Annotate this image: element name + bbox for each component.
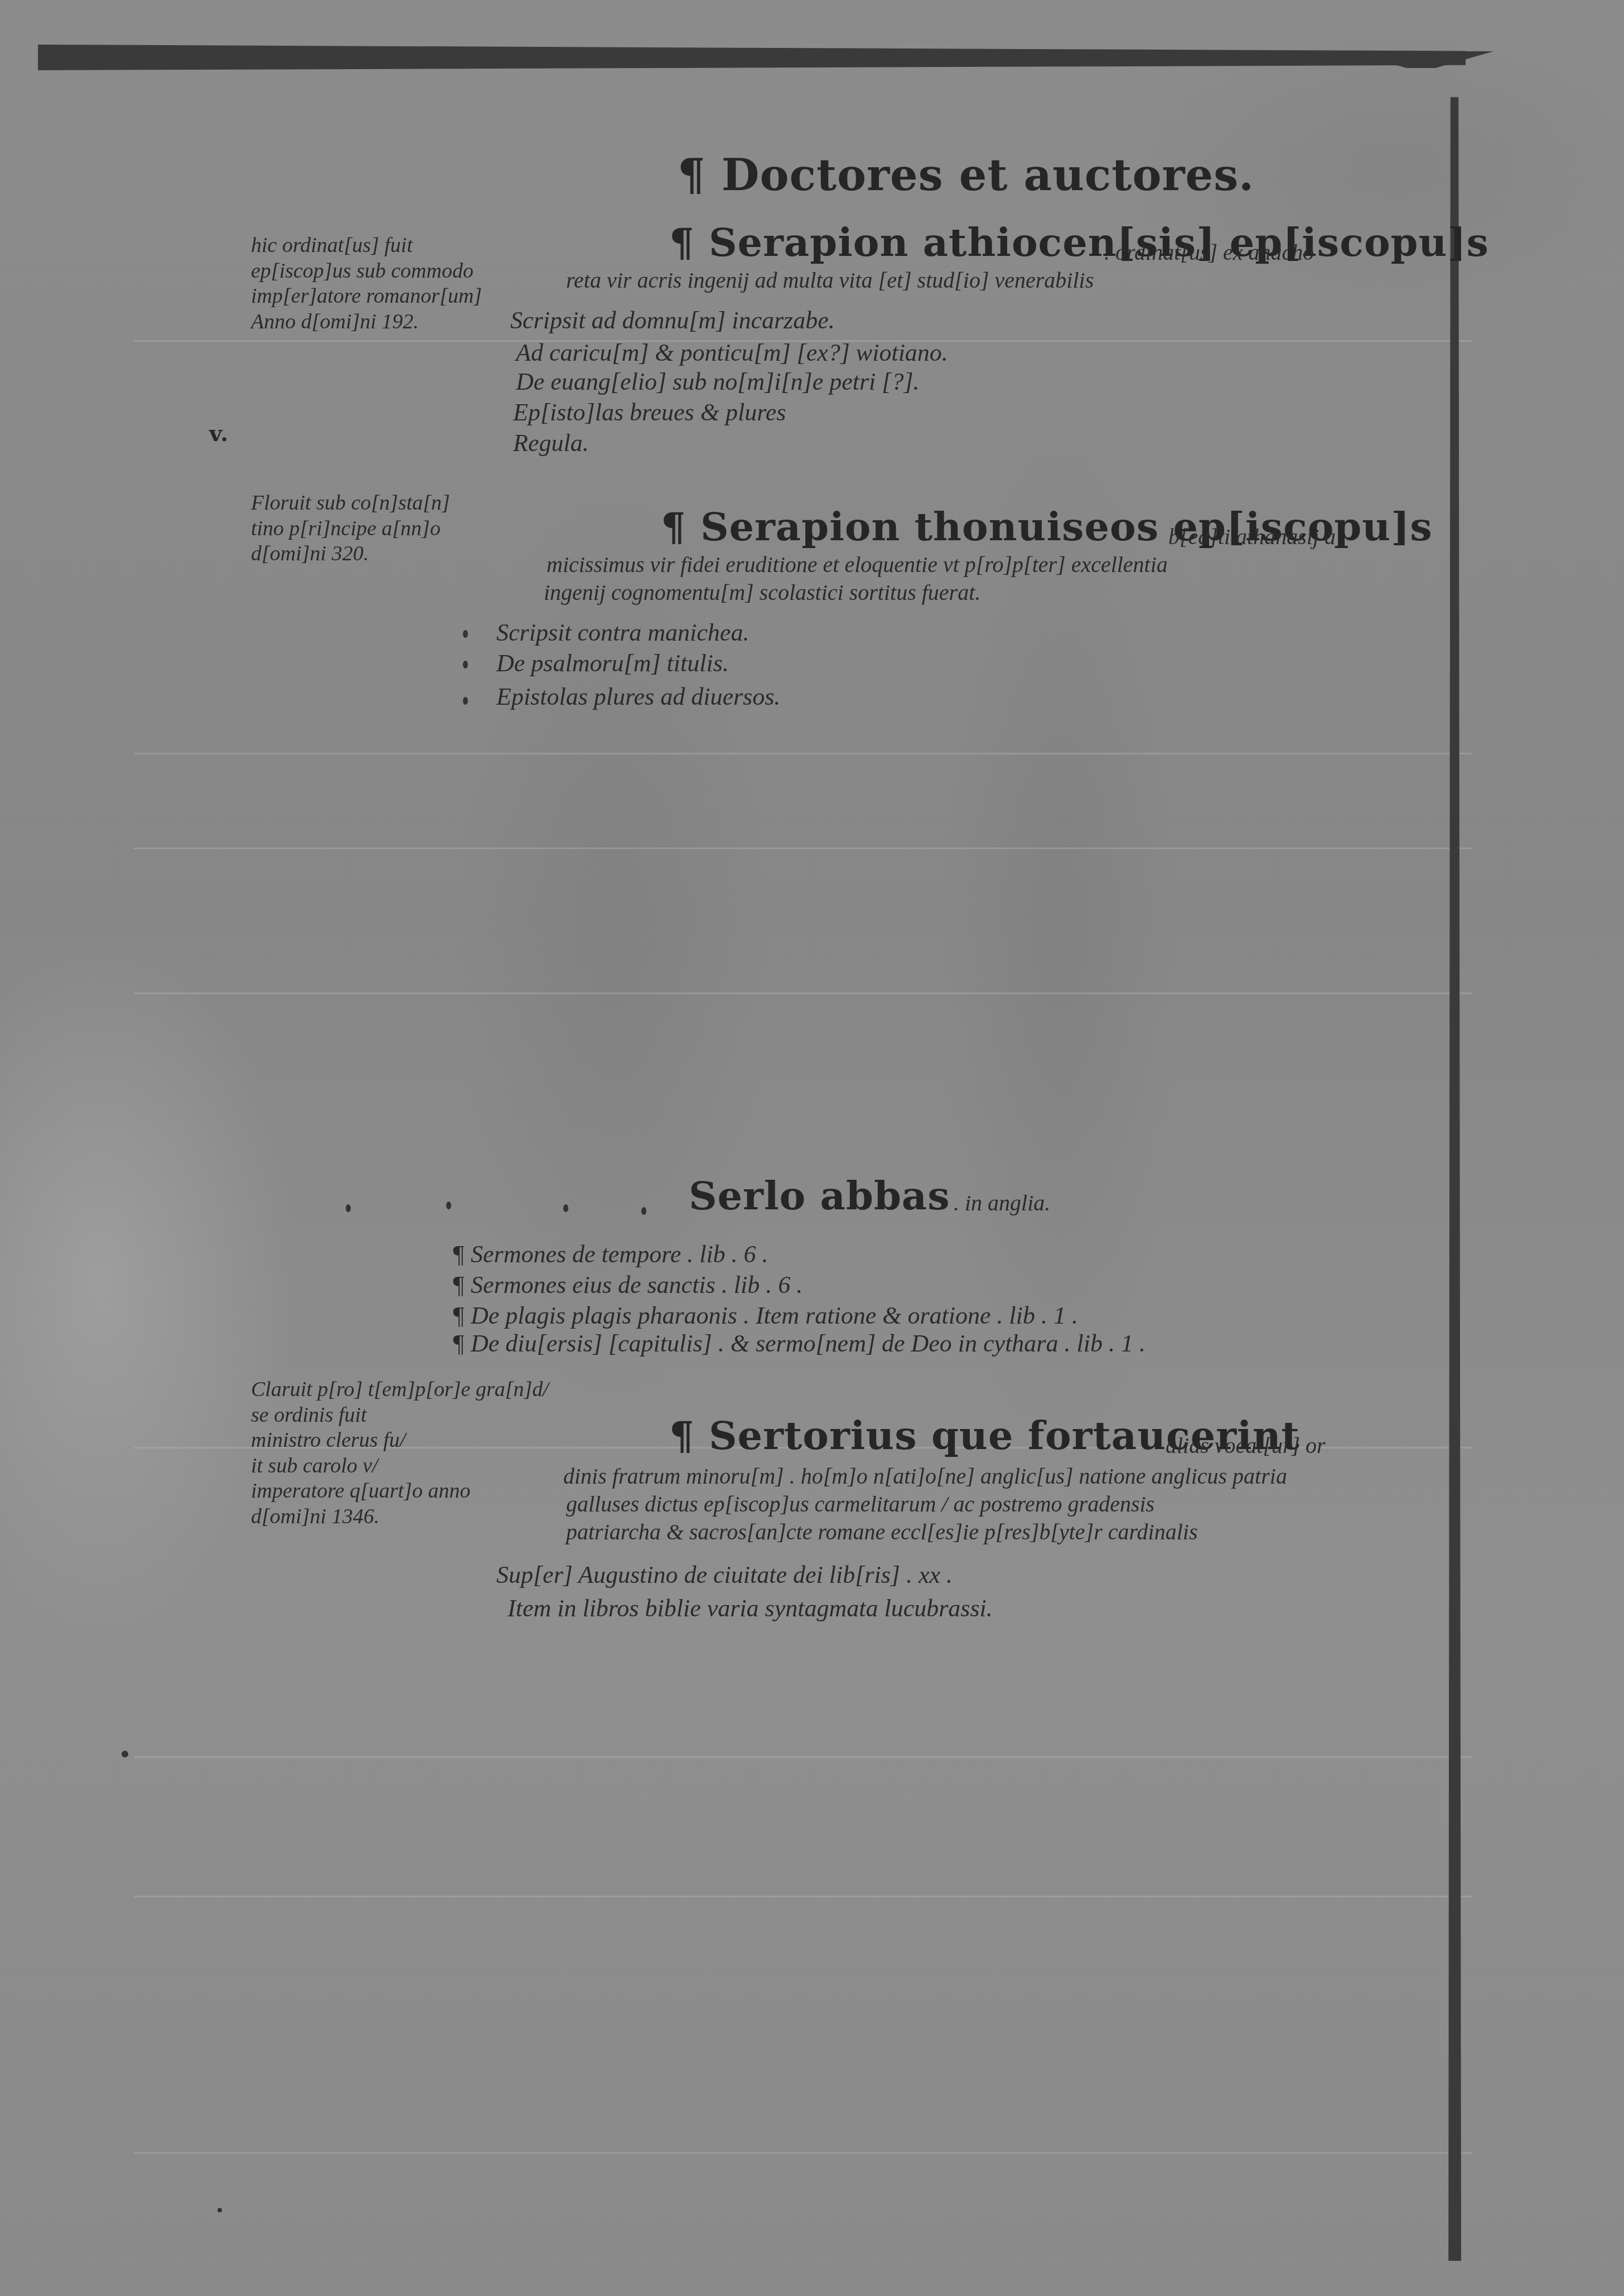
entry-2-work: Epistolas plures ad diuersos.: [496, 683, 780, 711]
paragraph-mark-icon: ¶: [669, 219, 709, 265]
manuscript-page: ¶ Doctores et auctores. hic ordinat[us] …: [0, 0, 1624, 2296]
entry-4-work: Sup[er] Augustino de ciuitate dei lib[ri…: [496, 1561, 953, 1590]
bullet-dot: [463, 630, 468, 638]
ruled-line: [134, 1896, 1472, 1897]
margin-note-entry-2: Floruit sub co[n]sta[n] tino p[ri]ncipe …: [251, 491, 450, 567]
ruled-line: [134, 2152, 1472, 2154]
entry-3-work: ¶ Sermones eius de sanctis . lib . 6 .: [452, 1271, 803, 1300]
dot-leader: [346, 1204, 351, 1212]
entry-4-description-line: patriarcha & sacros[an]cte romane eccl[e…: [566, 1519, 1197, 1545]
ink-speck: [122, 1751, 128, 1757]
entry-1-work: Regula.: [513, 429, 589, 458]
entry-2-title-suffix: b[ea]ti athanasij a: [1168, 524, 1336, 550]
paragraph-mark-icon: ¶: [661, 503, 700, 550]
entry-2-description-line: ingenij cognomentu[m] scolastici sortitu…: [544, 580, 980, 606]
entry-1-title-suffix: . ordinat[us] ex anacho: [1104, 240, 1314, 265]
paragraph-mark-icon: ¶: [669, 1412, 709, 1459]
entry-1-work: De euang[elio] sub no[m]i[n]e petri [?].: [516, 368, 920, 396]
entry-4-description-line: dinis fratrum minoru[m] . ho[m]o n[ati]o…: [563, 1464, 1287, 1489]
entry-4-title-suffix: alias vocat[ur] or: [1166, 1433, 1326, 1459]
dot-leader: [446, 1202, 451, 1209]
margin-note-entry-1: hic ordinat[us] fuit ep[iscop]us sub com…: [251, 233, 482, 335]
entry-2-work: De psalmoru[m] titulis.: [496, 650, 729, 678]
entry-1-description: reta vir acris ingenij ad multa vita [et…: [566, 268, 1094, 293]
ruled-line: [134, 1756, 1472, 1758]
top-rule-bar: [38, 45, 1466, 70]
entry-1-work: Ad caricu[m] & ponticu[m] [ex?] wiotiano…: [516, 339, 948, 367]
ruled-line: [134, 992, 1472, 994]
entry-1-title: ¶ Serapion athiocen[sis] ep[iscopu]s: [669, 220, 1489, 265]
entry-1-work: Scripsit ad domnu[m] incarzabe.: [510, 307, 835, 335]
entry-3-title-suffix: . in anglia.: [954, 1190, 1050, 1216]
page-heading: ¶ Doctores et auctores.: [678, 151, 1254, 201]
entry-3-work: ¶ De plagis plagis pharaonis . Item rati…: [452, 1302, 1078, 1330]
bullet-dot: [463, 697, 468, 705]
entry-4-description-line: galluses dictus ep[iscop]us carmelitarum…: [566, 1491, 1154, 1517]
bullet-dot: [463, 661, 468, 669]
entry-2-work: Scripsit contra manichea.: [496, 619, 749, 647]
paragraph-mark-icon: ¶: [678, 150, 706, 201]
entry-2-description-line: micissimus vir fidei eruditione et eloqu…: [547, 552, 1168, 578]
margin-note-entry-4: Claruit p[ro] t[em]p[or]e gra[n]d/ se or…: [251, 1377, 549, 1530]
ruled-line: [134, 753, 1472, 754]
dot-leader: [563, 1204, 568, 1212]
right-rule-bar: [1438, 53, 1471, 2261]
entry-3-work: ¶ De diu[ersis] [capitulis] . & sermo[ne…: [452, 1330, 1145, 1358]
ink-speck: [217, 2208, 222, 2212]
entry-4-work: Item in libros biblie varia syntagmata l…: [507, 1595, 993, 1623]
entry-1-work: Ep[isto]las breues & plures: [513, 399, 786, 427]
margin-side-mark: v.: [209, 421, 229, 447]
ruled-line: [134, 847, 1472, 849]
dot-leader: [641, 1207, 646, 1215]
entry-3-title: Serlo abbas: [689, 1174, 950, 1219]
entry-1-title-text: Serapion athiocen[sis] ep[iscopu]s: [709, 219, 1489, 265]
page-heading-text: Doctores et auctores.: [722, 150, 1254, 201]
entry-3-work: ¶ Sermones de tempore . lib . 6 .: [452, 1241, 768, 1269]
